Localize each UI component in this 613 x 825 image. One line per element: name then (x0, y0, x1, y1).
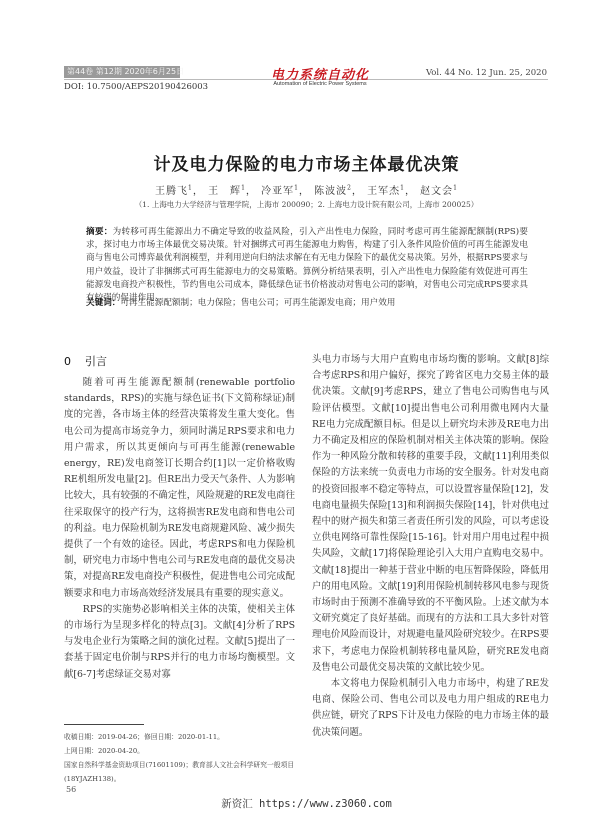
keywords-label: 关键词： (86, 298, 120, 308)
paper-title: 计及电力保险的电力市场主体最优决策 (0, 150, 613, 175)
section-heading: 0引言 (64, 353, 107, 369)
doi: DOI: 10.7500/AEPS20190426003 (64, 82, 208, 92)
body-paragraph: 本文将电力保险机制引入电力市场中，构建了RE发电商、保险公司、售电公司以及电力用… (312, 676, 549, 741)
author-list: 王腾飞1， 王 辉1， 冷亚军1， 陈波波2， 王军杰1， 赵文会1 (0, 182, 613, 197)
volume-info: Vol. 44 No. 12 Jun. 25, 2020 (426, 68, 547, 78)
keywords-text: 可再生能源配额制；电力保险；售电公司；可再生能源发电商；用户效用 (120, 298, 395, 308)
right-column: 头电力市场与大用户直购电市场均衡的影响。文献[8]综合考虑RPS和用户偏好，探究… (312, 352, 549, 741)
author: 王军杰1 (367, 186, 405, 197)
abstract: 摘要：为转移可再生能源出力不确定导致的收益风险，引入产出性电力保险，同时考虑可再… (86, 226, 528, 305)
author: 王腾飞1 (155, 186, 193, 197)
keywords: 关键词：可再生能源配额制；电力保险；售电公司；可再生能源发电商；用户效用 (86, 296, 528, 308)
footnote-rule (64, 724, 144, 725)
body-paragraph: 随着可再生能源配额制(renewable portfolio standards… (64, 375, 295, 602)
watermark: 新资汇 https://www.z3060.com (0, 796, 613, 811)
footnote-funding: 国家自然科学基金资助项目(71601109)；教育部人文社会科学研究一般项目(1… (64, 758, 299, 786)
abstract-label: 摘要： (86, 227, 113, 237)
issue-info-box: 第44卷 第12期 2020年6月25日 (64, 66, 180, 78)
body-paragraph: 头电力市场与大用户直购电市场均衡的影响。文献[8]综合考虑RPS和用户偏好，探究… (312, 352, 549, 676)
abstract-text: 为转移可再生能源出力不确定导致的收益风险，引入产出性电力保险，同时考虑可再生能源… (86, 227, 528, 303)
section-number: 0 (64, 355, 71, 368)
footnotes: 收稿日期：2019-04-26；修回日期：2020-01-11。 上网日期：20… (64, 730, 299, 786)
author: 赵文会1 (420, 186, 458, 197)
left-column: 随着可再生能源配额制(renewable portfolio standards… (64, 375, 295, 683)
journal-name-en: Automation of Electric Power Systems (258, 81, 382, 87)
body-paragraph: RPS的实施势必影响相关主体的决策，使相关主体的市场行为呈现多样化的特点[3]。… (64, 602, 295, 683)
page-number: 56 (66, 785, 76, 794)
section-title: 引言 (85, 355, 107, 368)
author: 王 辉1 (208, 186, 246, 197)
affiliations: （1. 上海电力大学经济与管理学院，上海市 200090；2. 上海电力设计院有… (0, 199, 613, 210)
footnote-received: 收稿日期：2019-04-26；修回日期：2020-01-11。 (64, 730, 299, 744)
author: 冷亚军1 (261, 186, 299, 197)
footnote-online: 上网日期：2020-04-20。 (64, 744, 299, 758)
author: 陈波波2 (314, 186, 352, 197)
